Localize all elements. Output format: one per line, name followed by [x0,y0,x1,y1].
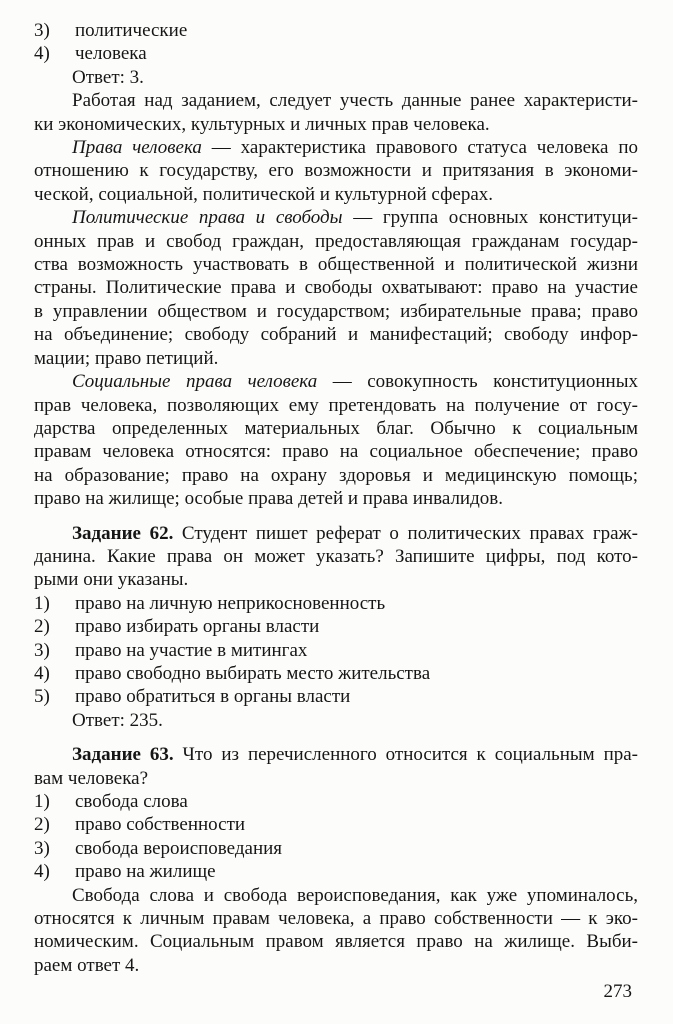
text-run: рыми они указаны. [34,569,188,590]
list-item-text: человека [75,42,147,65]
list-item-text: право на жилище [75,860,216,883]
text-line: страны. Политические права и свободы охв… [34,276,638,299]
list-item: 4)право свободно выбирать место жительст… [34,662,638,685]
paragraph: Работая над заданием, следует учесть дан… [34,89,638,136]
list-item: 3)право на участие в митингах [34,639,638,662]
term-italic: Политические права и свободы [72,207,343,228]
text-line: Права человека — характеристика правовог… [34,136,638,159]
text-line: дарства определенных материальных благ. … [34,417,638,440]
list-item-text: свобода вероисповедания [75,837,282,860]
text-line: Политические права и свободы — группа ос… [34,206,638,229]
list-item-number: 4) [34,42,75,65]
list-item-text: право свободно выбирать место жительства [75,662,430,685]
page-number: 273 [604,980,633,1003]
text-line: Задание 62. Студент пишет реферат о поли… [34,522,638,545]
text-line: раем ответ 4. [34,954,638,977]
list-item: 2)право собственности [34,813,638,836]
text-run: номическим. Социальным правом является п… [34,931,638,952]
text-line: Свобода слова и свобода вероисповедания,… [34,884,638,907]
text-run: на образование; право на охрану здоровья… [34,465,638,486]
text-run: относятся к личным правам человека, а пр… [34,908,638,929]
text-line: ства возможность участвовать в обществен… [34,253,638,276]
text-run: страны. Политические права и свободы охв… [34,277,638,298]
text-run: онных прав и свобод граждан, предоставля… [34,231,638,252]
list-item-number: 1) [34,790,75,813]
list-item: 3)свобода вероисповедания [34,837,638,860]
text-line: ки экономических, культурных и личных пр… [34,113,638,136]
text-line: прав человека, позволяющих ему претендов… [34,394,638,417]
list-item-number: 1) [34,592,75,615]
text-line: Работая над заданием, следует учесть дан… [34,89,638,112]
text-line: относятся к личным правам человека, а пр… [34,907,638,930]
text-run: вам человека? [34,768,148,789]
text-run: мации; право петиций. [34,348,218,369]
text-line: право на жилище; особые права детей и пр… [34,487,638,510]
text-run: — совокупность конституционных [317,371,638,392]
text-run: Студент пишет реферат о политических пра… [173,523,638,544]
text-line: Задание 63. Что из перечисленного относи… [34,743,638,766]
paragraph: Свобода слова и свобода вероисповедания,… [34,884,638,978]
task-paragraph: Задание 62. Студент пишет реферат о поли… [34,522,638,592]
paragraph: Права человека — характеристика правовог… [34,136,638,206]
list-item-number: 2) [34,615,75,638]
answer-line: Ответ: 235. [34,709,638,732]
text-run: в управлении обществом и государством; и… [34,301,638,322]
list-item: 4)человека [34,42,638,65]
text-run: отношению к государству, его возможности… [34,160,638,181]
text-line: вам человека? [34,767,638,790]
text-line: Социальные права человека — совокупность… [34,370,638,393]
text-line: мации; право петиций. [34,347,638,370]
text-run: дарства определенных материальных благ. … [34,418,638,439]
term-italic: Права человека [72,137,202,158]
list-item-number: 3) [34,19,75,42]
paragraph: Социальные права человека — совокупность… [34,370,638,510]
text-line: данина. Какие права он может указать? За… [34,545,638,568]
list-item: 1)право на личную неприкосновенность [34,592,638,615]
text-line: отношению к государству, его возможности… [34,159,638,182]
task-paragraph: Задание 63. Что из перечисленного относи… [34,743,638,790]
list-item-text: право на участие в митингах [75,639,307,662]
text-run: данина. Какие права он может указать? За… [34,546,638,567]
page-content: 3)политические4)человекаОтвет: 3.Работая… [34,19,638,977]
text-run: раем ответ 4. [34,955,139,976]
text-run: — группа основных конституци- [343,207,638,228]
list-item-text: право избирать органы власти [75,615,319,638]
list-item-text: право собственности [75,813,245,836]
list-item: 3)политические [34,19,638,42]
text-run: ки экономических, культурных и личных пр… [34,114,490,135]
list-item-number: 5) [34,685,75,708]
text-line: правам человека относятся: право на соци… [34,440,638,463]
list-item-number: 3) [34,837,75,860]
scanned-book-page: { "page": { "number": "273", "blocks": [… [0,0,673,1024]
list-item: 4)право на жилище [34,860,638,883]
list-item-text: право на личную неприкосновенность [75,592,385,615]
list-item-number: 4) [34,860,75,883]
text-line: онных прав и свобод граждан, предоставля… [34,230,638,253]
paragraph: Политические права и свободы — группа ос… [34,206,638,370]
list-item: 2)право избирать органы власти [34,615,638,638]
text-run: Свобода слова и свобода вероисповедания,… [72,885,638,906]
text-run: — характеристика правового статуса челов… [202,137,638,158]
list-item: 1)свобода слова [34,790,638,813]
text-run: правам человека относятся: право на соци… [34,441,638,462]
text-run: ческой, социальной, политической и культ… [34,184,493,205]
list-item-number: 3) [34,639,75,662]
list-item: 5)право обратиться в органы власти [34,685,638,708]
list-item-number: 4) [34,662,75,685]
task-label: Задание 62. [72,523,173,544]
text-run: право на жилище; особые права детей и пр… [34,488,503,509]
answer-line: Ответ: 3. [34,66,638,89]
text-run: Что из перечисленного относится к социал… [174,744,638,765]
text-run: прав человека, позволяющих ему претендов… [34,395,638,416]
text-line: на образование; право на охрану здоровья… [34,464,638,487]
text-line: в управлении обществом и государством; и… [34,300,638,323]
text-line: на объединение; свободу собраний и маниф… [34,323,638,346]
text-line: рыми они указаны. [34,568,638,591]
text-run: ства возможность участвовать в обществен… [34,254,638,275]
task-label: Задание 63. [72,744,174,765]
term-italic: Социальные права человека [72,371,317,392]
text-line: ческой, социальной, политической и культ… [34,183,638,206]
text-line: номическим. Социальным правом является п… [34,930,638,953]
list-item-number: 2) [34,813,75,836]
list-item-text: политические [75,19,187,42]
text-run: Работая над заданием, следует учесть дан… [72,90,638,111]
text-run: на объединение; свободу собраний и маниф… [34,324,638,345]
list-item-text: право обратиться в органы власти [75,685,350,708]
list-item-text: свобода слова [75,790,188,813]
